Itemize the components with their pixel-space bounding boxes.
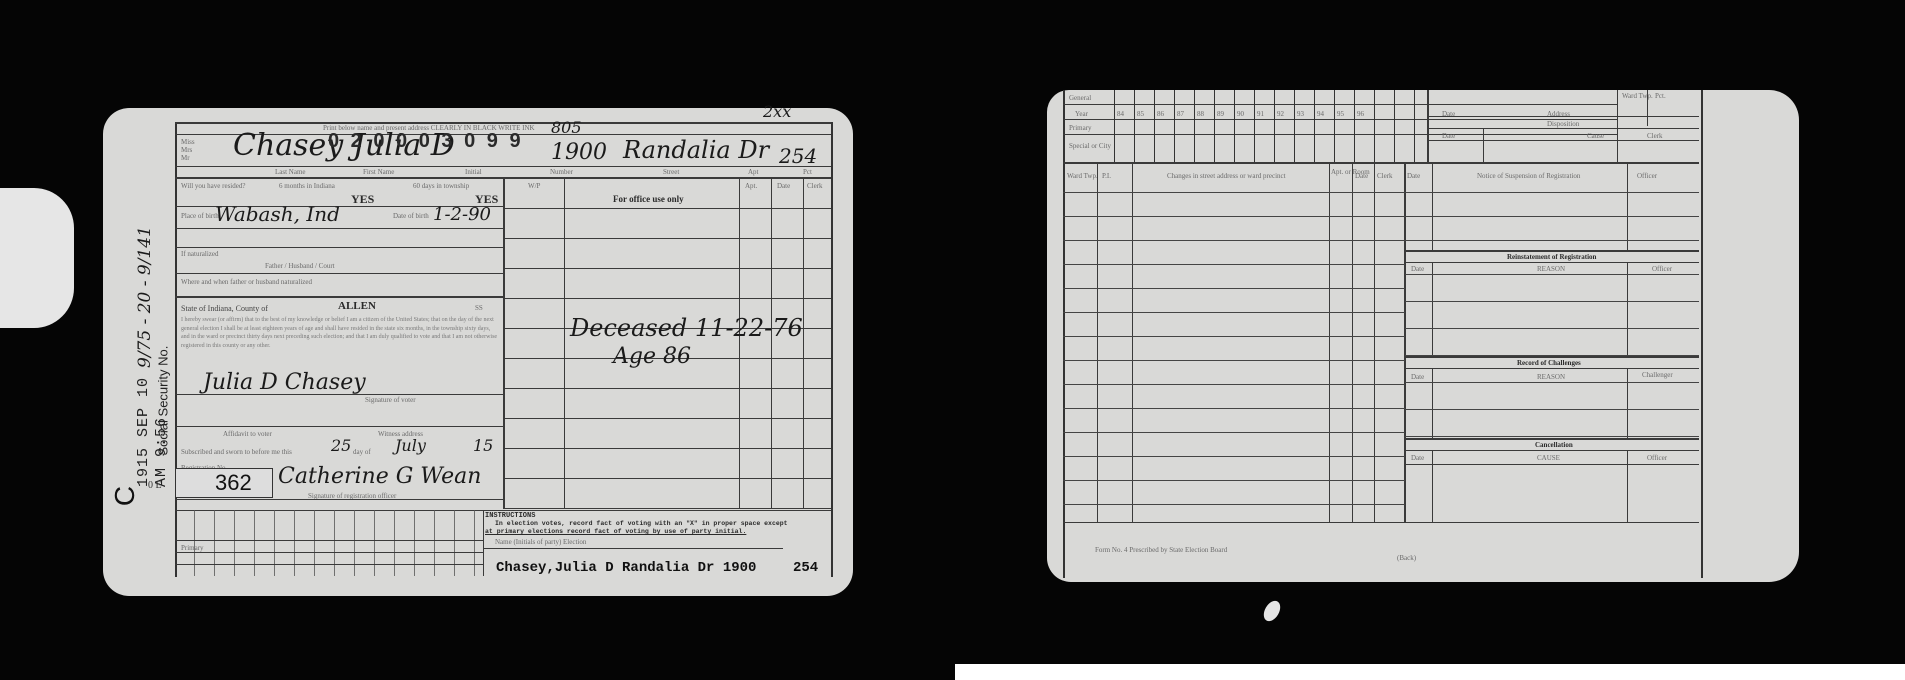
footer-back: (Back) — [1397, 554, 1416, 562]
instructions-line1: In election votes, record fact of voting… — [495, 520, 788, 527]
officer-signature: Catherine G Wean — [278, 464, 481, 489]
precinct: 254 — [779, 144, 817, 168]
margin-handwritten: 9/75 - 20 - 9/141 — [135, 208, 155, 368]
sworn-day: 25 — [331, 436, 351, 455]
margin-letter: C — [109, 486, 141, 506]
registration-number: 362 — [215, 470, 252, 496]
typed-line: Chasey,Julia D Randalia Dr 1900 — [496, 560, 756, 576]
instructions-line2: at primary elections record fact of voti… — [485, 528, 746, 535]
scan-artifact — [0, 188, 74, 328]
stamp-digits: 0 2 0 0 0 3 0 9 9 — [328, 130, 524, 153]
vote-grid — [175, 510, 483, 576]
voter-signature: Julia D Chasey — [203, 370, 366, 395]
birth-date: 1-2-90 — [433, 204, 491, 225]
suspension-rows — [1405, 192, 1699, 250]
scan-artifact — [1260, 598, 1283, 624]
yes-answer-1: YES — [351, 192, 374, 207]
corner-mark: 2xx — [763, 102, 791, 121]
registration-card-front: 1915 SEP 10 AM 9:56 9/75 - 20 - 9/141 So… — [103, 108, 853, 596]
county: ALLEN — [338, 300, 376, 312]
footer-form: Form No. 4 Prescribed by State Election … — [1095, 546, 1227, 554]
office-use-label: For office use only — [613, 194, 684, 204]
sworn-month: July — [395, 436, 426, 455]
margin-stamp: 1915 SEP 10 AM 9:56 — [134, 347, 152, 487]
top-number: 805 — [551, 118, 582, 137]
oath-text: I hereby swear (or affirm) that to the b… — [181, 316, 499, 350]
address-number: 1900 — [551, 140, 607, 165]
registration-card-back: General Year Primary Special or City 84 … — [1047, 90, 1799, 582]
cancellation-title: Cancellation — [1535, 441, 1573, 449]
reinstatement-title: Reinstatement of Registration — [1507, 253, 1596, 261]
ss-label: Social Security No. — [156, 316, 171, 456]
margin-small: 0 E — [148, 480, 162, 491]
address-street: Randalia Dr — [623, 136, 769, 164]
age-note: Age 86 — [613, 344, 691, 369]
birth-place: Wabash, Ind — [215, 202, 340, 226]
sworn-year: 15 — [473, 436, 493, 455]
scan-border — [955, 664, 1905, 680]
years-row: 84 85 86 87 88 89 90 91 92 93 94 95 96 — [1117, 110, 1427, 118]
typed-precinct: 254 — [793, 560, 818, 576]
challenges-title: Record of Challenges — [1517, 359, 1581, 367]
year-grid — [1114, 90, 1427, 162]
changes-rows — [1063, 192, 1405, 522]
instructions-title: INSTRUCTIONS — [485, 512, 535, 520]
deceased-note: Deceased 11-22-76 — [570, 314, 803, 342]
